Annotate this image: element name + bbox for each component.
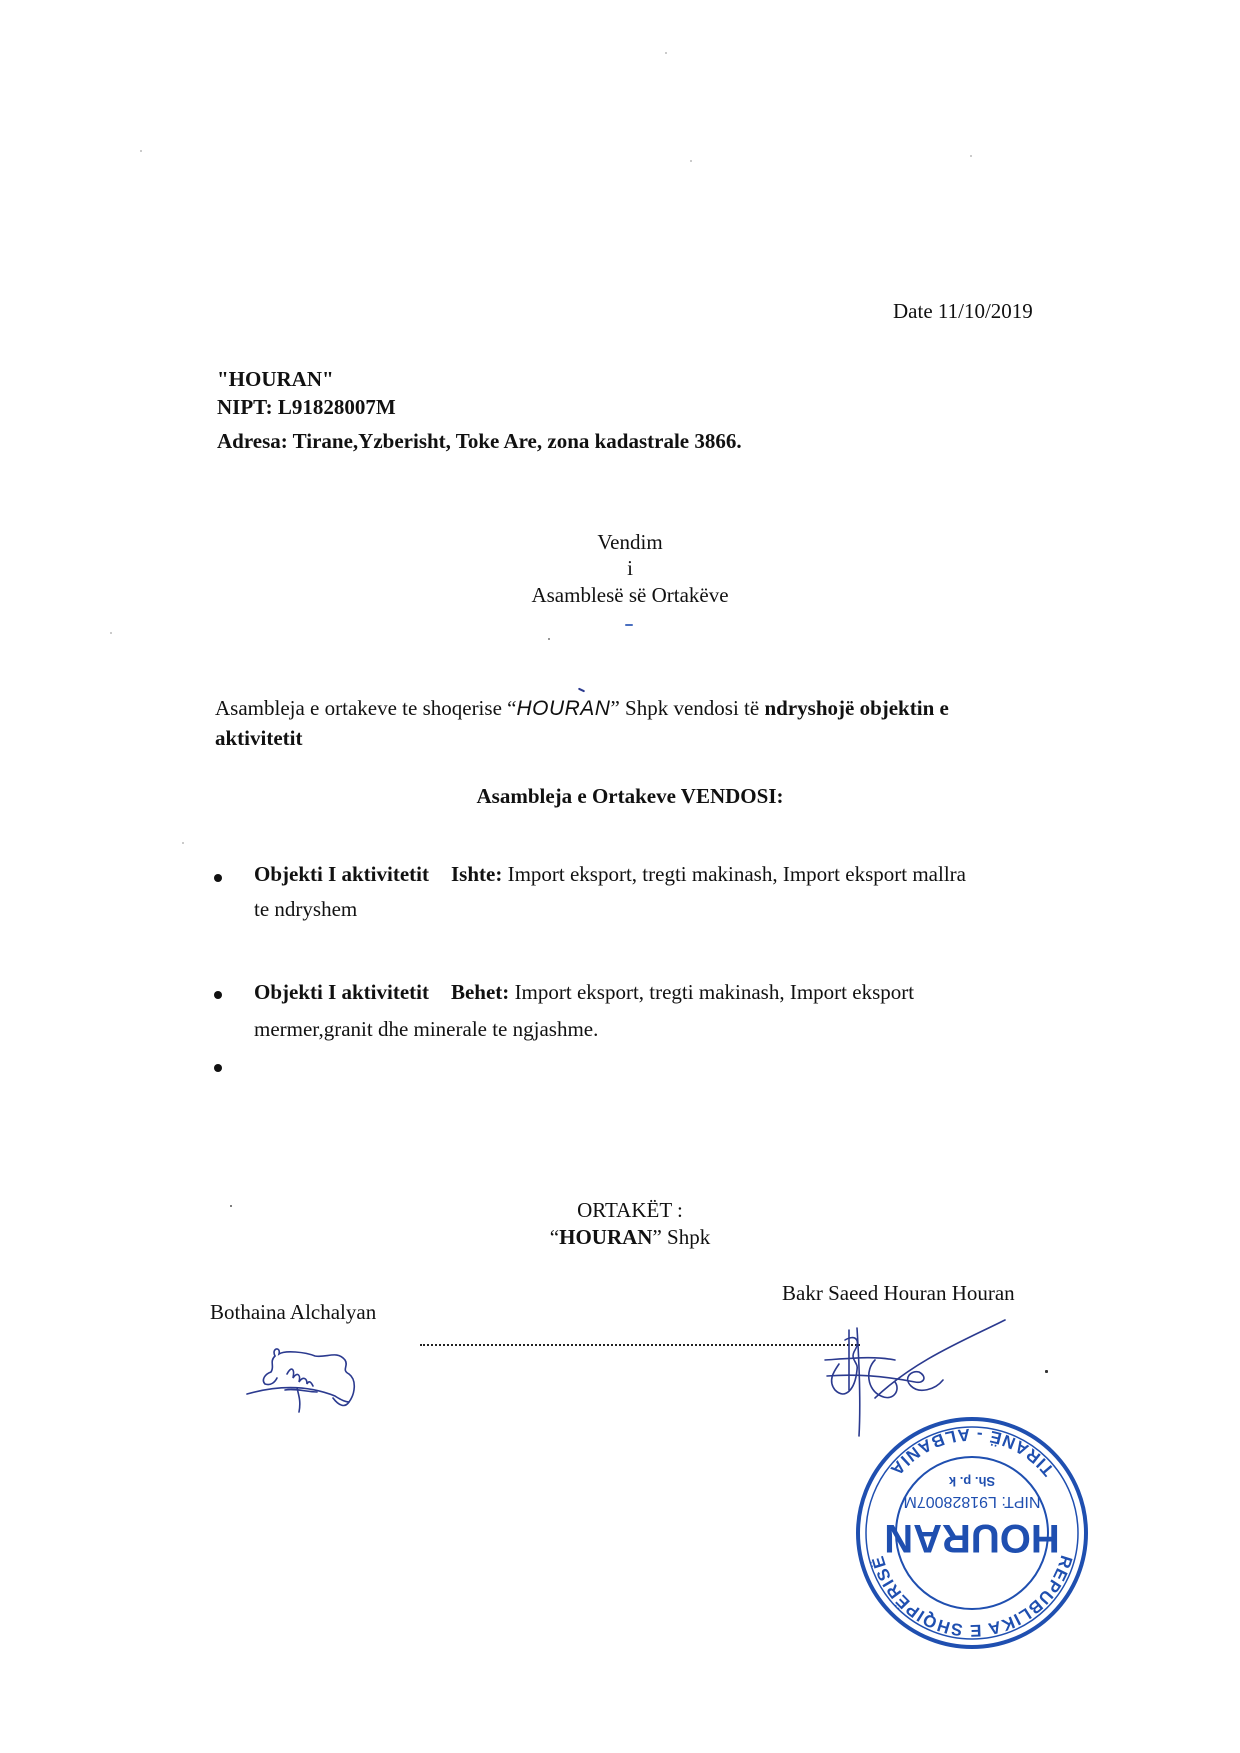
decision-label: Objekti I aktivitetit xyxy=(254,862,429,886)
scan-speck xyxy=(970,155,972,157)
ink-mark xyxy=(578,688,585,693)
partners-company: “HOURAN” Shpk xyxy=(0,1225,1240,1250)
scan-speck xyxy=(110,632,112,634)
svg-text:TIRANË - ALBANIA: TIRANË - ALBANIA xyxy=(886,1425,1058,1480)
ink-mark xyxy=(625,624,633,626)
decision-keyword: Behet: xyxy=(451,980,509,1004)
partners-heading: ORTAKËT : xyxy=(0,1198,1240,1223)
decision-item-1-line2: te ndryshem xyxy=(254,897,357,922)
partners-company-name: HOURAN xyxy=(559,1225,652,1249)
decision-item-2: Objekti I aktivitetitBehet: Import ekspo… xyxy=(254,980,914,1005)
decision-keyword: Ishte: xyxy=(451,862,502,886)
signature-dotted-line xyxy=(420,1344,860,1346)
scan-speck xyxy=(1045,1370,1048,1373)
stamp-name: HOURAN xyxy=(884,1516,1060,1560)
intro-bold-part: ndryshojë objektin e xyxy=(764,696,948,720)
partners-company-suffix: ” Shpk xyxy=(652,1225,710,1249)
title-line-vendim: Vendim xyxy=(0,530,1240,555)
intro-company-name: HOURAN xyxy=(516,697,610,720)
intro-prefix: Asambleja e ortakeve te shoqerise “ xyxy=(215,696,516,720)
title-line-asamblese: Asamblesë së Ortakëve xyxy=(0,583,1240,608)
bullet-icon xyxy=(214,874,222,882)
intro-paragraph-line2: aktivitetit xyxy=(215,726,302,751)
quote-open: “ xyxy=(550,1225,559,1249)
svg-text:REPUBLIKA E SHQIPËRISË: REPUBLIKA E SHQIPËRISË xyxy=(868,1553,1076,1640)
scan-speck xyxy=(140,150,142,152)
scan-speck xyxy=(182,842,184,844)
company-stamp: REPUBLIKA E SHQIPËRISË TIRANË - ALBANIA … xyxy=(852,1413,1092,1653)
decision-item-1: Objekti I aktivitetitIshte: Import ekspo… xyxy=(254,862,966,887)
company-address: Adresa: Tirane,Yzberisht, Toke Are, zona… xyxy=(217,428,742,455)
partner-left-name: Bothaina Alchalyan xyxy=(210,1300,376,1325)
decision-text: Import eksport, tregti makinash, Import … xyxy=(515,980,915,1004)
stamp-top-arc: REPUBLIKA E SHQIPËRISË xyxy=(868,1553,1076,1640)
intro-middle: ” Shpk vendosi të xyxy=(610,696,764,720)
scan-speck xyxy=(665,52,667,54)
bullet-icon-empty xyxy=(214,1064,222,1072)
scan-speck xyxy=(548,638,550,640)
decision-heading: Asambleja e Ortakeve VENDOSI: xyxy=(0,784,1240,809)
decision-item-2-line2: mermer,granit dhe minerale te ngjashme. xyxy=(254,1017,598,1042)
signature-left xyxy=(245,1340,385,1420)
stamp-nipt: NIPT: L91828007M xyxy=(904,1493,1041,1510)
stamp-bottom-arc: TIRANË - ALBANIA xyxy=(886,1425,1058,1480)
document-date: Date 11/10/2019 xyxy=(893,299,1033,324)
scan-speck xyxy=(690,160,692,162)
partner-right-name: Bakr Saeed Houran Houran xyxy=(782,1281,1015,1306)
title-line-i: i xyxy=(0,556,1240,581)
stamp-type: Sh. p. k xyxy=(948,1474,995,1489)
decision-text: Import eksport, tregti makinash, Import … xyxy=(508,862,966,886)
decision-label: Objekti I aktivitetit xyxy=(254,980,429,1004)
intro-paragraph-line1: Asambleja e ortakeve te shoqerise “HOURA… xyxy=(215,696,949,721)
company-name: "HOURAN" xyxy=(217,366,334,393)
bullet-icon xyxy=(214,991,222,999)
company-nipt: NIPT: L91828007M xyxy=(217,394,396,421)
